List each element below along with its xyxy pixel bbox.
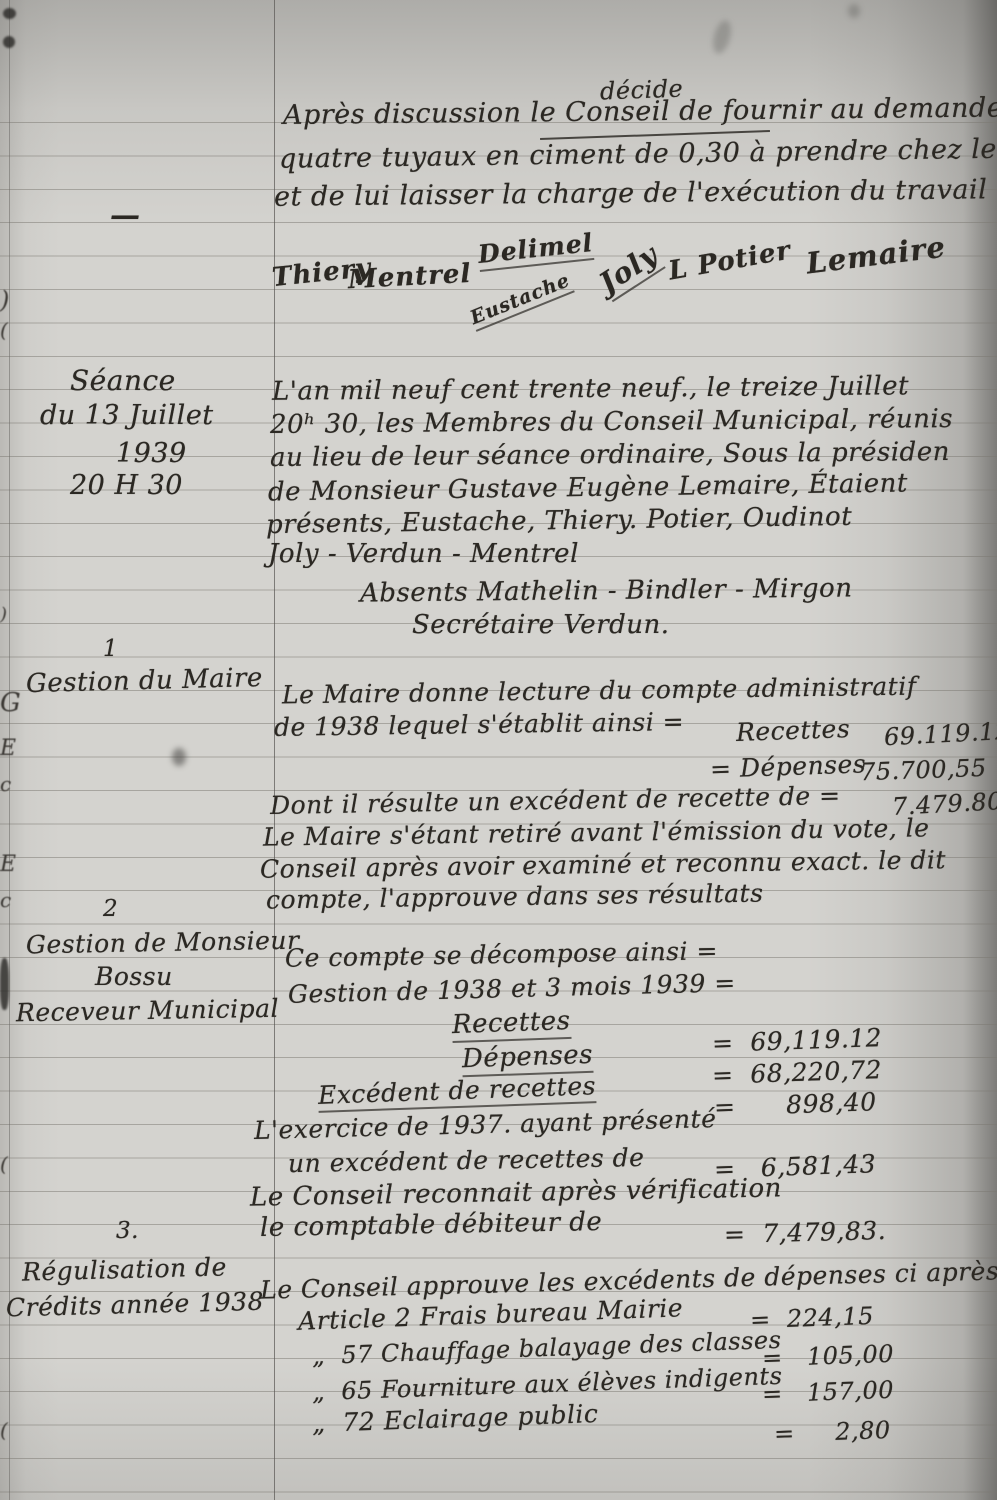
opening-line: L'an mil neuf cent trente neuf., le trei…	[272, 371, 909, 407]
body-line: Le Maire donne lecture du compte adminis…	[282, 672, 917, 710]
ink-smudge	[710, 19, 734, 56]
ink-smudge	[3, 36, 15, 48]
body-line: compte, l'approuve dans ses résultats	[266, 879, 764, 915]
bleedthrough-mark: E	[0, 736, 16, 761]
paragraph-line: quatre tuyaux en ciment de 0,30 à prendr…	[279, 132, 997, 175]
section-number: 1	[103, 636, 118, 662]
absents-line: Absents Mathelin - Bindler - Mirgon	[360, 573, 853, 608]
opening-line: au lieu de leur séance ordinaire, Sous l…	[270, 437, 950, 473]
ledger-label: un excédent de recettes de	[288, 1143, 645, 1178]
signature: L Potier	[666, 235, 793, 286]
session-margin-year: 1939	[116, 438, 187, 469]
bleedthrough-mark: )	[0, 604, 7, 625]
session-margin-date: du 13 Juillet	[40, 400, 214, 431]
bleedthrough-mark: E	[0, 852, 16, 877]
ledger-label: „ 65 Fourniture aux élèves indigents	[312, 1362, 783, 1406]
body-line: Le Conseil reconnait après vérification	[250, 1173, 782, 1212]
section-margin-note: Gestion de Monsieur	[26, 926, 300, 960]
ink-smudge	[848, 4, 860, 18]
ink-smudge	[0, 958, 9, 1010]
ledger-value: = 69,119.12	[712, 1023, 883, 1058]
ledger-value: = 68,220,72	[712, 1055, 883, 1090]
section-margin-note: Receveur Municipal	[16, 994, 279, 1028]
body-line: Gestion de 1938 et 3 mois 1939 =	[288, 968, 736, 1009]
signature: Mentrel	[347, 259, 472, 295]
session-margin-title: Séance	[70, 364, 176, 397]
body-line: Dont il résulte un excédent de recette d…	[270, 781, 841, 820]
bleedthrough-mark: (	[0, 1152, 8, 1176]
manuscript-page: ) ( ) G E c E c ( ( décide Après discuss…	[0, 0, 997, 1500]
opening-line: Joly - Verdun - Mentrel	[268, 539, 579, 569]
body-line: Ce compte se décompose ainsi =	[285, 936, 718, 973]
ink-smudge	[3, 8, 16, 19]
section-number: 2	[103, 896, 118, 922]
bleedthrough-mark: )	[0, 286, 9, 314]
margin-dash: —	[110, 198, 141, 233]
bleedthrough-mark: (	[0, 318, 8, 342]
ledger-value: 69.119.12	[883, 717, 997, 752]
ledger-value: = 898,40	[714, 1087, 878, 1122]
opening-line: 20ʰ 30, les Membres du Conseil Municipal…	[270, 404, 953, 440]
signature: Lemaire	[804, 230, 947, 281]
body-line: de 1938 lequel s'établit ainsi =	[274, 707, 684, 742]
ledger-value: = 157,00	[762, 1376, 895, 1409]
ledger-label: Recettes	[736, 714, 851, 747]
paragraph-line: et de lui laisser la charge de l'exécuti…	[274, 174, 988, 212]
paragraph-line: Après discussion le Conseil de fournir a…	[283, 92, 997, 131]
section-margin-note: Crédits année 1938	[6, 1287, 265, 1323]
section-margin-note: Bossu	[95, 962, 173, 991]
ledger-value: = 2,80	[774, 1416, 892, 1448]
bleedthrough-mark: (	[0, 1418, 8, 1442]
ledger-label: Recettes	[451, 1006, 571, 1043]
opening-line: présents, Eustache, Thiery. Potier, Oudi…	[266, 502, 853, 540]
ledger-label: le comptable débiteur de	[260, 1207, 603, 1243]
ledger-value: = 7,479,83.	[724, 1216, 887, 1249]
bleedthrough-mark: c	[0, 772, 11, 796]
bleedthrough-mark: c	[0, 888, 11, 912]
session-margin-time: 20 H 30	[70, 470, 183, 501]
body-line: Conseil après avoir examiné et reconnu e…	[260, 845, 946, 884]
ledger-label: „ 72 Eclairage public	[312, 1399, 599, 1438]
section-margin-note: Gestion du Maire	[26, 663, 264, 699]
ledger-label: = Dépenses	[710, 749, 867, 783]
signature: Joly	[593, 238, 665, 302]
ledger-label: Excédent de recettes	[318, 1071, 597, 1113]
ink-smudge	[172, 748, 186, 766]
signature: Eustache	[467, 269, 574, 332]
secretary-line: Secrétaire Verdun.	[412, 610, 670, 640]
bleedthrough-mark: G	[0, 688, 21, 718]
signature: Delimel	[477, 228, 595, 272]
ledger-value: 75.700,55	[860, 754, 988, 786]
section-number: 3.	[116, 1218, 139, 1244]
section-margin-note: Régulisation de	[22, 1252, 228, 1286]
